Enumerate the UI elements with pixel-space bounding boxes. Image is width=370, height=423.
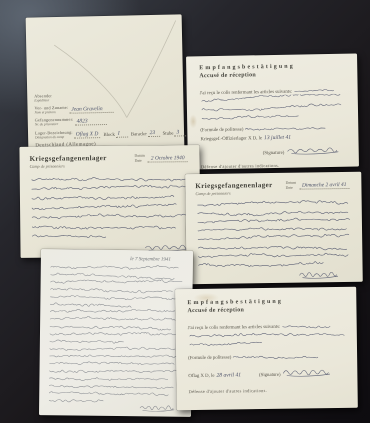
pow-address-card: Absender Expéditeur Vor- und Zuname: Nom…	[26, 14, 185, 151]
camp-place-label: Oflag X D, le	[188, 373, 214, 378]
camp-place-label: Kriegsgef.-Offizierlager X D, le	[200, 136, 262, 142]
letter-date-line: le 7 Septembre 1941	[49, 256, 185, 263]
room-value: 3	[174, 129, 186, 136]
handwriting-lines	[196, 199, 355, 271]
date-label: Date	[286, 185, 296, 190]
room-label: Stube	[163, 131, 174, 136]
signature-label: (Signature)	[259, 372, 281, 377]
handwriting-lines	[200, 93, 348, 122]
date-handwritten: 28 avril 41	[214, 372, 243, 378]
camp-sublabel: Désignation du camp	[35, 134, 73, 139]
kgf-card-right: Kriegsgefangenenlager Camp de prisonnier…	[185, 172, 363, 284]
name-handwritten-value: Jean Gravelin	[69, 106, 113, 114]
handwriting-lines	[47, 263, 185, 407]
signature-scribble	[284, 142, 340, 155]
kgf-subtitle: Camp de prisonniers	[30, 163, 107, 169]
number-sublabel: Nr. du prisonnier	[35, 122, 74, 127]
camp-handwritten-value: Oflag X D	[74, 131, 101, 139]
block-label: Block	[103, 132, 115, 137]
place-date-row: Kriegsgef.-Offizierlager X D, le 13 juil…	[200, 133, 348, 142]
date-handwritten: 13 juillet 41	[262, 134, 293, 141]
date-label: Date	[135, 158, 145, 163]
camp-row: Lager-Bezeichnung: Désignation du camp O…	[35, 127, 177, 139]
signature-scribble	[137, 402, 177, 411]
name-sublabel: Nom et prénom	[35, 110, 69, 115]
number-handwritten-value: 4823	[74, 118, 106, 126]
signature-row: (Signature)	[263, 142, 349, 155]
signature-label: (Signature)	[263, 150, 285, 155]
kgf-title: Kriegsgefangenenlager	[195, 181, 272, 190]
date-handwritten: 2 Octobre 1940	[148, 155, 188, 163]
receipt-footer-note: Défense d'ajouter d'autres indications.	[189, 386, 348, 393]
handwriting-lines	[292, 85, 334, 94]
kgf-title: Kriegsgefangenenlager	[30, 154, 107, 163]
handwritten-letter: le 7 Septembre 1941	[39, 249, 193, 417]
politesse-label: (Formule de politesse)	[200, 127, 243, 133]
kgf-card-left: Kriegsgefangenenlager Camp de prisonnier…	[19, 145, 200, 258]
politesse-row: (Formule de politesse)	[188, 350, 347, 360]
date-block: Datum Date 2 Octobre 1940	[135, 153, 188, 163]
politesse-row: (Formule de politesse)	[200, 122, 348, 133]
handwriting-lines	[243, 123, 329, 132]
barrack-label: Baracke	[131, 132, 147, 137]
name-row: Vor- und Zuname: Nom et prénom Jean Grav…	[34, 103, 176, 115]
datum-label: Datum	[135, 154, 145, 159]
date-handwritten: Dimanche 2 avril 41	[299, 181, 350, 189]
receipt-card-bottom: Empfangsbestätigung Accusé de réception …	[175, 287, 358, 411]
place-date-signature-row: Oflag X D, le 28 avril 41 (Signature)	[188, 364, 347, 378]
datum-label: Datum	[286, 181, 296, 186]
barrack-value: 23	[148, 129, 160, 136]
politesse-label: (Formule de politesse)	[188, 355, 231, 361]
expediteur-label: Expéditeur	[34, 98, 52, 102]
handwriting-lines	[30, 173, 193, 243]
receipt-footer-note: Défense d'ajouter d'autres indications.	[201, 161, 349, 169]
handwriting-lines	[231, 351, 323, 360]
signature-scribble	[281, 365, 333, 378]
receipt-title-french: Accusé de réception	[199, 70, 347, 79]
kgf-subtitle: Camp de prisonniers	[195, 190, 272, 196]
prisoner-number-row: Gefangenennummer: Nr. du prisonnier 4823	[35, 115, 177, 127]
photo-of-pow-correspondence: Absender Expéditeur Vor- und Zuname: Nom…	[0, 0, 370, 423]
receipt-title-french: Accusé de réception	[187, 305, 346, 313]
handwriting-lines	[188, 328, 346, 349]
receipt-card-top: Empfangsbestätigung Accusé de réception …	[186, 54, 359, 170]
paper-stain	[189, 114, 197, 128]
sender-block-label: Absender Expéditeur	[34, 91, 176, 103]
handwriting-lines	[280, 321, 332, 330]
signature-scribble	[297, 269, 341, 279]
block-value: I	[116, 130, 128, 137]
date-block: Datum Date Dimanche 2 avril 41	[286, 180, 350, 190]
